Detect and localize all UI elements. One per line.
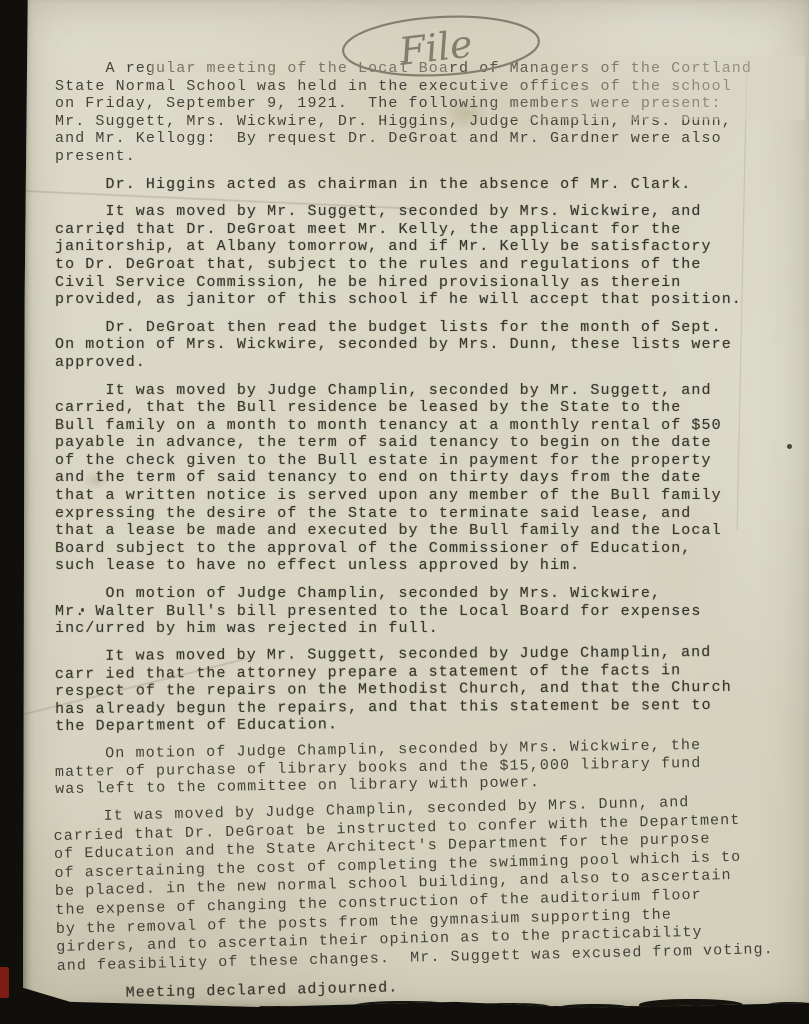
paragraph: It was moved by Judge Champlin, seconded… xyxy=(55,382,795,576)
paragraph: On motion of Judge Champlin, seconded by… xyxy=(55,735,796,798)
paragraph: Dr. Higgins acted as chairman in the abs… xyxy=(55,176,795,194)
torn-edge-stain xyxy=(467,1003,551,1012)
document-body: A regular meeting of the Local Board of … xyxy=(55,60,795,1014)
paragraph: It was moved by Mr. Suggett, seconded by… xyxy=(55,643,796,735)
torn-edge-stain xyxy=(765,1002,809,1010)
paper-sheet: A regular meeting of the Local Board of … xyxy=(23,0,809,1012)
file-annotation: File xyxy=(323,6,563,84)
paragraph: On motion of Judge Champlin, seconded by… xyxy=(55,585,795,638)
scanned-document: A regular meeting of the Local Board of … xyxy=(0,0,809,1024)
paragraph: Dr. DeGroat then read the budget lists f… xyxy=(55,319,795,372)
paragraph: It was moved by Mr. Suggett, seconded by… xyxy=(55,203,795,309)
torn-edge-stain xyxy=(353,1001,457,1012)
red-edge-mark xyxy=(0,967,9,998)
file-annotation-text: File xyxy=(396,21,475,74)
paragraph: It was moved by Judge Champlin, seconded… xyxy=(53,791,797,976)
torn-edge-stain xyxy=(259,1006,809,1010)
